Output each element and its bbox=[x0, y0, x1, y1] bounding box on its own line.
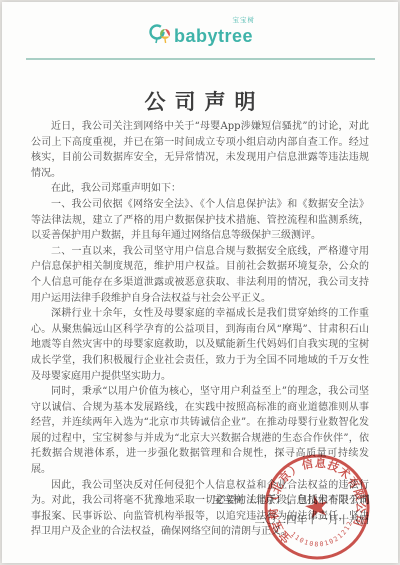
statement-page: babytree 宝宝树 公司声明 近日，我公司关注到网络中关于“母婴App涉嫌… bbox=[2, 2, 398, 563]
statement-title: 公司声明 bbox=[2, 86, 398, 116]
statement-paragraph-declare: 在此，我公司郑重声明如下： bbox=[31, 181, 369, 197]
statement-paragraph-intro: 近日，我公司关注到网络中关于“母婴App涉嫌短信骚扰”的讨论，对此公司上下高度重… bbox=[31, 119, 369, 181]
statement-body: 近日，我公司关注到网络中关于“母婴App涉嫌短信骚扰”的讨论，对此公司上下高度重… bbox=[31, 119, 369, 540]
statement-paragraph-industry: 深耕行业十余年，女性及母婴家庭的幸福成长是我们贯穿始终的工作重心。从聚焦偏远山区… bbox=[31, 306, 369, 384]
header-divider bbox=[26, 58, 375, 60]
brand-cn-label: 宝宝树 bbox=[233, 15, 256, 24]
statement-paragraph-item1: 一、我公司依据《网络安全法》、《个人信息保护法》和《数据安全法》等法律法规，建立… bbox=[31, 197, 369, 244]
signature-date: 二〇二四年十一月十八日 bbox=[213, 510, 371, 530]
signature-company: 宝宝树（北京）信息技术有限公司 bbox=[213, 490, 371, 510]
babytree-tree-icon bbox=[147, 22, 173, 48]
babytree-logo: babytree 宝宝树 bbox=[2, 22, 398, 56]
statement-paragraph-item2: 二、一直以来，我公司坚守用户信息合规与数据安全底线，严格遵守用户信息保护相关制度… bbox=[31, 244, 369, 306]
statement-paragraph-values: 同时，秉承“以用户价值为核心，坚守用户利益至上”的理念，我公司坚守以诚信、合规为… bbox=[31, 384, 369, 478]
brand-wordmark: babytree bbox=[174, 26, 253, 46]
signature-block: 宝宝树（北京）信息技术有限公司 二〇二四年十一月十八日 bbox=[213, 490, 371, 530]
